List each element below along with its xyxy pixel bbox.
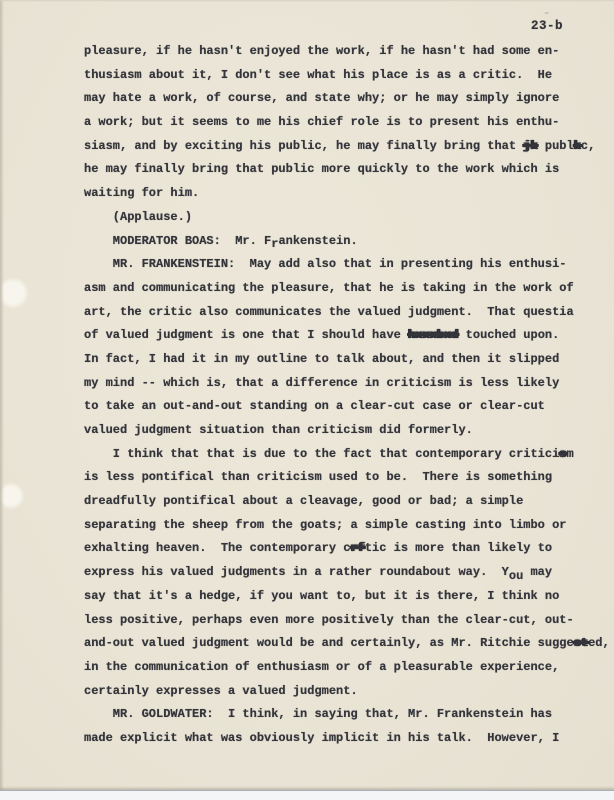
typed-line: exhalting heaven. The contemporary crfti… <box>84 537 612 561</box>
typed-text: of valued judgment is one that I should … <box>84 328 408 342</box>
typed-text: MR. GOLDWATER: I think, in saying that, … <box>84 707 552 721</box>
typed-text: exhalting heaven. The contemporary c <box>84 541 350 555</box>
typed-line: thusiasm about it, I don't see what his … <box>84 64 612 88</box>
typed-text: may hate a work, of course, and state wh… <box>84 91 559 105</box>
typed-line: my mind -- which is, that a difference i… <box>84 372 612 396</box>
typed-text: less positive, perhaps even more positiv… <box>84 613 574 627</box>
typed-line: I think that that is due to the fact tha… <box>84 443 612 467</box>
typed-text: express his valued judgments in a rather… <box>84 565 509 579</box>
typed-text: pleasure, if he hasn't enjoyed the work,… <box>84 44 559 58</box>
typed-text: MR. FRANKENSTEIN: May add also that in p… <box>84 257 566 271</box>
typed-line: pleasure, if he hasn't enjoyed the work,… <box>84 40 612 64</box>
typed-line: waiting for him. <box>84 182 612 206</box>
typed-line: a work; but it seems to me his chief rol… <box>84 111 612 135</box>
typed-line: less positive, perhaps even more positiv… <box>84 609 612 633</box>
typed-line: MR. FRANKENSTEIN: May add also that in p… <box>84 253 612 277</box>
typed-text: and-out valued judgment would be and cer… <box>84 636 574 650</box>
typed-line: certainly expresses a valued judgment. <box>84 680 612 704</box>
typed-text: c, <box>581 139 595 153</box>
typed-text: ankenstein. <box>278 234 357 248</box>
struck-out-text: st <box>574 636 588 650</box>
typed-line: express his valued judgments in a rather… <box>84 561 612 585</box>
typed-line: may hate a work, of course, and state wh… <box>84 87 612 111</box>
typed-text: ed, <box>588 636 610 650</box>
typed-line: MR. GOLDWATER: I think, in saying that, … <box>84 703 612 727</box>
typed-text: may <box>523 565 552 579</box>
typed-text: certainly expresses a valued judgment. <box>84 684 358 698</box>
typed-line: say that it's a hedge, if you want to, b… <box>84 585 612 609</box>
scan-edge-left <box>0 0 4 800</box>
typed-text: to take an out-and-out standing on a cle… <box>84 399 545 413</box>
typed-text: touched upon. <box>458 328 559 342</box>
typed-text: dreadfully pontifical about a cleavage, … <box>84 494 523 508</box>
typed-text: siasm, and by exciting his public, he ma… <box>84 139 523 153</box>
typed-line: in the communication of enthusiasm or of… <box>84 656 612 680</box>
scan-edge-top <box>0 0 614 2</box>
typed-text: a work; but it seems to me his chief rol… <box>84 115 559 129</box>
typed-line: art, the critic also communicates the va… <box>84 301 612 325</box>
typed-line: made explicit what was obviously implici… <box>84 727 612 751</box>
transcript-text: pleasure, if he hasn't enjoyed the work,… <box>84 40 612 751</box>
page-number: 23-b <box>531 19 563 33</box>
typed-text: waiting for him. <box>84 186 199 200</box>
dropped-char-text: r <box>271 237 278 251</box>
struck-out-text: k <box>574 139 581 153</box>
struck-out-text: rf <box>350 541 364 555</box>
typed-line: to take an out-and-out standing on a cle… <box>84 395 612 419</box>
typed-line: asm and communicating the pleasure, that… <box>84 277 612 301</box>
typed-text: made explicit what was obviously implici… <box>84 731 559 745</box>
typed-line: siasm, and by exciting his public, he ma… <box>84 135 612 159</box>
typed-text: in the communication of enthusiasm or of… <box>84 660 559 674</box>
document-page: - 23-b pleasure, if he hasn't enjoyed th… <box>0 0 614 800</box>
typed-text: thusiasm about it, I don't see what his … <box>84 68 552 82</box>
typed-text: In fact, I had it in my outline to talk … <box>84 352 559 366</box>
typed-text: valued judgment situation than criticism… <box>84 423 473 437</box>
struck-out-text: hxxxbxd <box>408 328 458 342</box>
typed-line: In fact, I had it in my outline to talk … <box>84 348 612 372</box>
pencil-mark: - <box>543 6 550 20</box>
typed-text: asm and communicating the pleasure, that… <box>84 281 574 295</box>
typed-line: separating the sheep from the goats; a s… <box>84 514 612 538</box>
typed-text: is less pontifical than criticism used t… <box>84 470 552 484</box>
dropped-char-text: ou <box>509 569 523 583</box>
typed-line: dreadfully pontifical about a cleavage, … <box>84 490 612 514</box>
typed-text: say that it's a hedge, if you want to, b… <box>84 589 559 603</box>
typed-text: MODERATOR BOAS: Mr. F <box>84 234 271 248</box>
typed-text: I think that that is due to the fact tha… <box>84 447 559 461</box>
typed-text: separating the sheep from the goats; a s… <box>84 518 566 532</box>
typed-line: MODERATOR BOAS: Mr. Frankenstein. <box>84 230 612 254</box>
typed-line: of valued judgment is one that I should … <box>84 324 612 348</box>
typed-line: he may finally bring that public more qu… <box>84 158 612 182</box>
typed-text: he may finally bring that public more qu… <box>84 162 559 176</box>
typed-line: and-out valued judgment would be and cer… <box>84 632 612 656</box>
typed-text: tic is more than likely to <box>365 541 552 555</box>
struck-out-text: jk <box>523 139 537 153</box>
typed-text: my mind -- which is, that a difference i… <box>84 376 559 390</box>
typed-text: publ <box>538 139 574 153</box>
typed-line: (Applause.) <box>84 206 612 230</box>
typed-text: (Applause.) <box>84 210 192 224</box>
typed-text: art, the critic also communicates the va… <box>84 305 574 319</box>
scan-edge-bottom <box>0 790 614 800</box>
typed-line: valued judgment situation than criticism… <box>84 419 612 443</box>
typed-text: m <box>566 447 573 461</box>
typed-line: is less pontifical than criticism used t… <box>84 466 612 490</box>
